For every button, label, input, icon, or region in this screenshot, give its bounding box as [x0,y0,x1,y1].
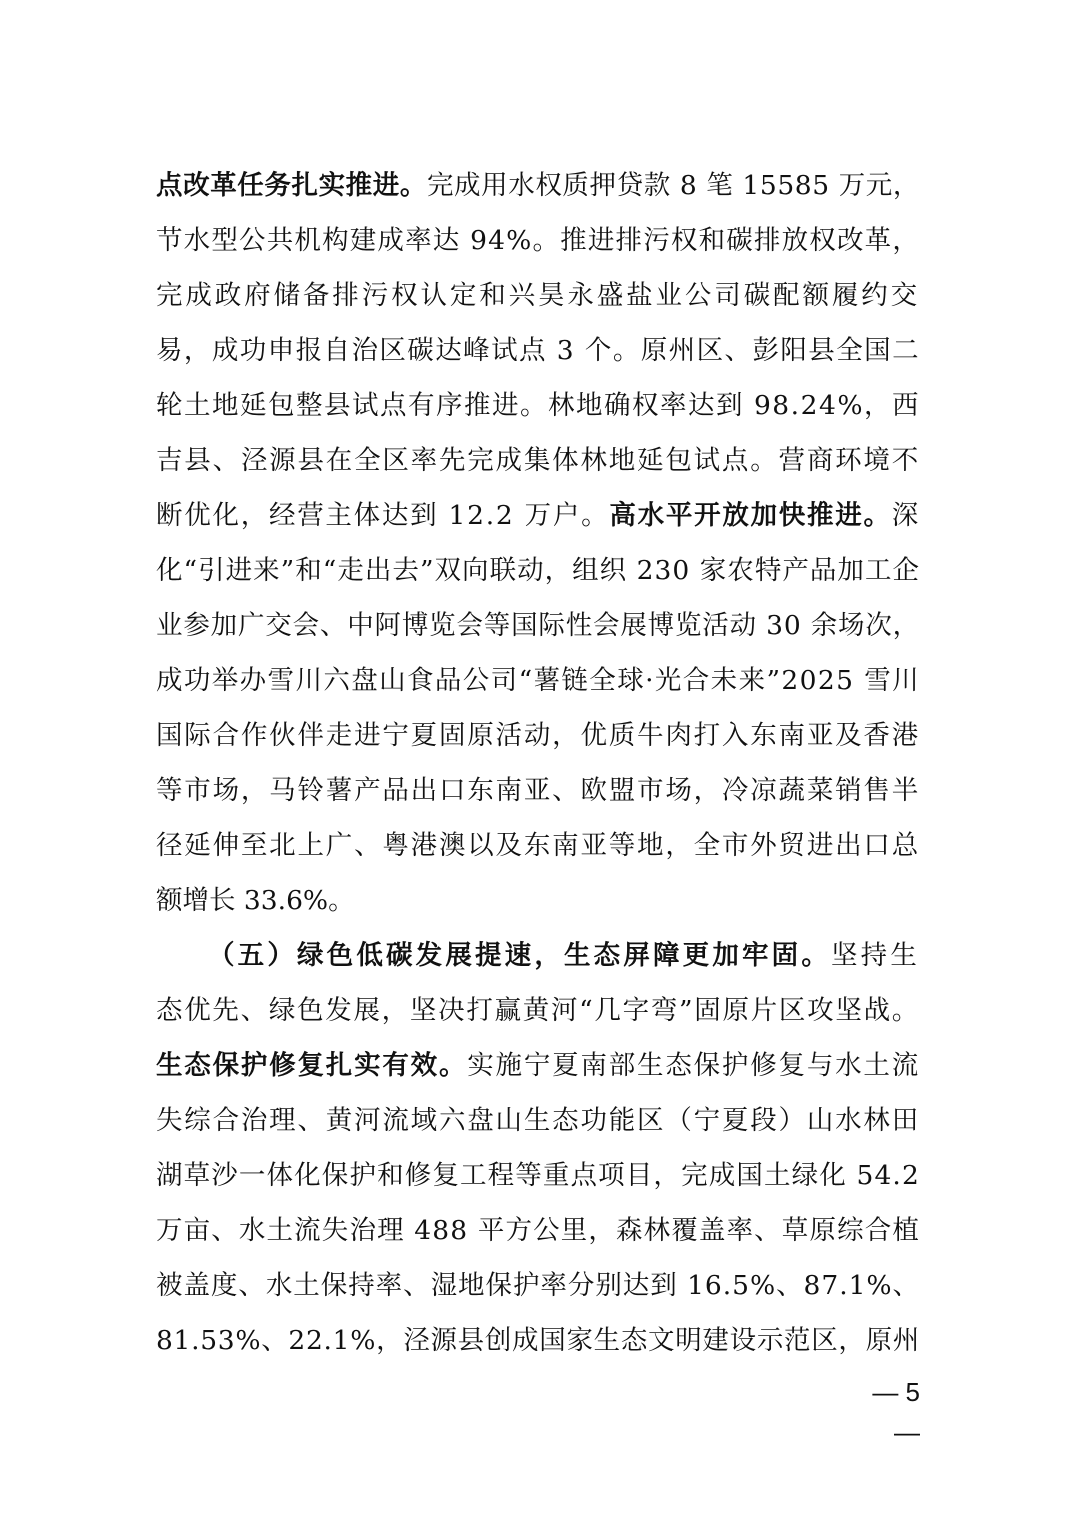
paragraph-text: 完成用水权质押贷款 8 笔 15585 万元， [427,170,920,201]
text-line: 万亩、水土流失治理 488 平方公里，森林覆盖率、草原综合植 [156,1211,920,1251]
paragraph-text: 坚持生 [831,940,920,971]
text-line: （五）绿色低碳发展提速，生态屏障更加牢固。坚持生 [208,936,920,976]
bold-heading-text: 点改革任务扎实推进。 [156,170,427,201]
text-line: 节水型公共机构建成率达 94%。推进排污权和碳排放权改革， [156,221,920,261]
paragraph-text: 态优先、绿色发展，坚决打赢黄河“几字弯”固原片区攻坚战。 [156,995,920,1026]
text-line: 81.53%、22.1%，泾源县创成国家生态文明建设示范区，原州 [156,1321,920,1361]
text-line: 成功举办雪川六盘山食品公司“薯链全球·光合未来”2025 雪川 [156,661,920,701]
text-line: 被盖度、水土保持率、湿地保护率分别达到 16.5%、87.1%、 [156,1266,920,1306]
paragraph-text: 实施宁夏南部生态保护修复与水土流 [467,1050,920,1081]
text-line: 完成政府储备排污权认定和兴昊永盛盐业公司碳配额履约交 [156,276,920,316]
paragraph-text: 化“引进来”和“走出去”双向联动，组织 230 家农特产品加工企 [156,555,920,586]
paragraph-text: 节水型公共机构建成率达 94%。推进排污权和碳排放权改革， [156,225,920,256]
paragraph-text: 额增长 33.6%。 [156,885,355,916]
text-line: 国际合作伙伴走进宁夏固原活动，优质牛肉打入东南亚及香港 [156,716,920,756]
bold-heading-text: 高水平开放加快推进。 [609,500,891,531]
paragraph-text: 万亩、水土流失治理 488 平方公里，森林覆盖率、草原综合植 [156,1215,920,1246]
text-line: 生态保护修复扎实有效。实施宁夏南部生态保护修复与水土流 [156,1046,920,1086]
text-line: 易，成功申报自治区碳达峰试点 3 个。原州区、彭阳县全国二 [156,331,920,371]
bold-heading-text: 生态保护修复扎实有效。 [156,1050,467,1081]
paragraph-text: 被盖度、水土保持率、湿地保护率分别达到 16.5%、87.1%、 [156,1270,920,1301]
text-line: 化“引进来”和“走出去”双向联动，组织 230 家农特产品加工企 [156,551,920,591]
paragraph-text: 成功举办雪川六盘山食品公司“薯链全球·光合未来”2025 雪川 [156,665,920,696]
paragraph-text: 国际合作伙伴走进宁夏固原活动，优质牛肉打入东南亚及香港 [156,720,920,751]
text-line: 额增长 33.6%。 [156,881,920,921]
paragraph-text: 湖草沙一体化保护和修复工程等重点项目，完成国土绿化 54.2 [156,1160,920,1191]
paragraph-text: 深 [892,500,920,531]
paragraph-text: 81.53%、22.1%，泾源县创成国家生态文明建设示范区，原州 [156,1325,920,1356]
paragraph-text: 轮土地延包整县试点有序推进。林地确权率达到 98.24%，西 [156,390,920,421]
bold-heading-text: （五）绿色低碳发展提速，生态屏障更加牢固。 [208,940,831,971]
paragraph-text: 断优化，经营主体达到 12.2 万户。 [156,500,609,531]
text-line: 失综合治理、黄河流域六盘山生态功能区（宁夏段）山水林田 [156,1101,920,1141]
text-line: 等市场，马铃薯产品出口东南亚、欧盟市场，冷凉蔬菜销售半 [156,771,920,811]
page-number: — 5 — [840,1372,920,1412]
text-line: 业参加广交会、中阿博览会等国际性会展博览活动 30 余场次， [156,606,920,646]
paragraph-text: 易，成功申报自治区碳达峰试点 3 个。原州区、彭阳县全国二 [156,335,920,366]
paragraph-text: 吉县、泾源县在全区率先完成集体林地延包试点。营商环境不 [156,445,920,476]
text-line: 径延伸至北上广、粤港澳以及东南亚等地，全市外贸进出口总 [156,826,920,866]
paragraph-text: 等市场，马铃薯产品出口东南亚、欧盟市场，冷凉蔬菜销售半 [156,775,920,806]
text-line: 断优化，经营主体达到 12.2 万户。高水平开放加快推进。深 [156,496,920,536]
text-line: 轮土地延包整县试点有序推进。林地确权率达到 98.24%，西 [156,386,920,426]
document-page: 点改革任务扎实推进。完成用水权质押贷款 8 笔 15585 万元，节水型公共机构… [0,0,1074,1520]
text-line: 吉县、泾源县在全区率先完成集体林地延包试点。营商环境不 [156,441,920,481]
paragraph-text: 径延伸至北上广、粤港澳以及东南亚等地，全市外贸进出口总 [156,830,920,861]
paragraph-text: 业参加广交会、中阿博览会等国际性会展博览活动 30 余场次， [156,610,920,641]
paragraph-text: 失综合治理、黄河流域六盘山生态功能区（宁夏段）山水林田 [156,1105,920,1136]
paragraph-text: 完成政府储备排污权认定和兴昊永盛盐业公司碳配额履约交 [156,280,920,311]
text-line: 湖草沙一体化保护和修复工程等重点项目，完成国土绿化 54.2 [156,1156,920,1196]
text-line: 态优先、绿色发展，坚决打赢黄河“几字弯”固原片区攻坚战。 [156,991,920,1031]
text-line: 点改革任务扎实推进。完成用水权质押贷款 8 笔 15585 万元， [156,166,920,206]
